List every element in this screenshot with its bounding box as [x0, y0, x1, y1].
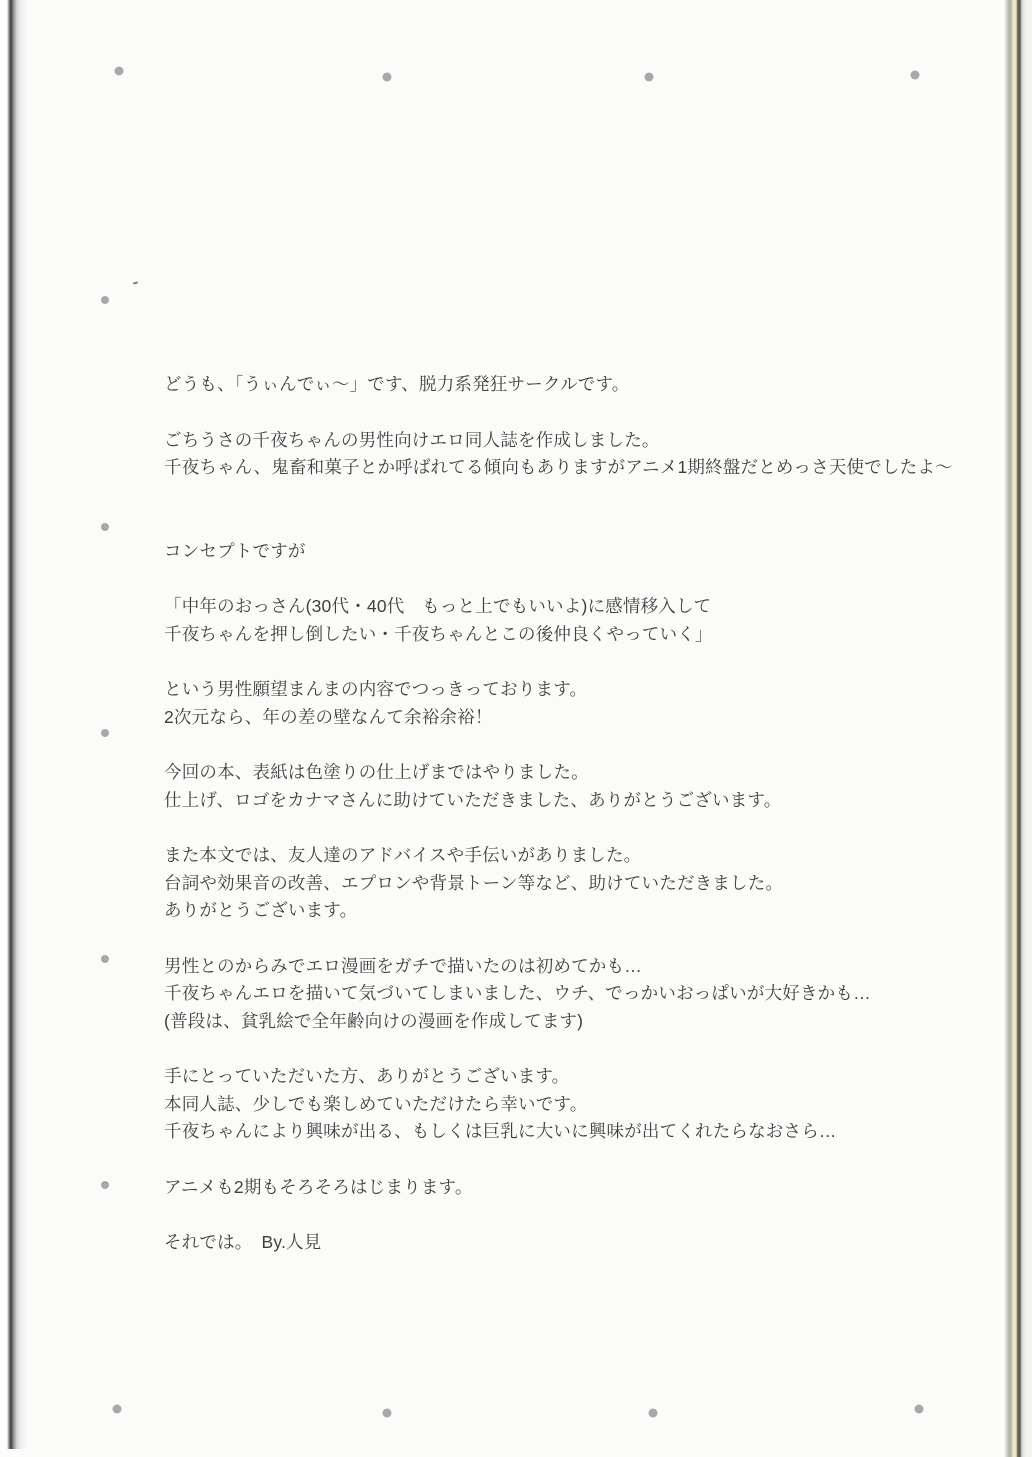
snowflake-icon	[484, 52, 509, 79]
rabbit-icon	[99, 1342, 204, 1442]
flower-cluster-icon	[784, 11, 834, 76]
text-line: ごちうさの千夜ちゃんの男性向けエロ同人誌を作成しました。	[164, 427, 974, 455]
paragraph: コンセプトですが	[164, 538, 974, 566]
rabbit-icon	[101, 4, 206, 104]
text-line: コンセプトですが	[164, 538, 974, 566]
rabbit-icon	[631, 10, 736, 110]
rabbit-icon	[369, 1346, 474, 1446]
snowflake-icon	[220, 52, 245, 79]
text-line: 千夜ちゃんにより興味が出る、もしくは巨乳に大いに興味が出てくれたらなおさら…	[164, 1118, 974, 1146]
paragraph: という男性願望まんまの内容でつっきっております。2次元なら、年の差の壁なんて余裕…	[164, 676, 974, 731]
paragraph: 男性とのからみでエロ漫画をガチで描いたのは初めてかも…千夜ちゃんエロを描いて気づ…	[164, 953, 974, 1036]
book-spine-shadow	[0, 0, 28, 1449]
rabbit-ear-curl-icon	[947, 272, 966, 328]
paragraph: 「中年のおっさん(30代・40代 もっと上でもいいよ)に感情移入して千夜ちゃんを…	[164, 593, 974, 648]
flower-cluster-icon	[258, 1348, 308, 1413]
paragraph: アニメも2期もそろそろはじまります。	[164, 1174, 974, 1202]
text-line: 千夜ちゃんを押し倒したい・千夜ちゃんとこの後仲良くやっていく」	[164, 621, 974, 649]
paragraph: 手にとっていただいた方、ありがとうございます。本同人誌、少しでも楽しめていただけ…	[164, 1063, 974, 1146]
paragraph: どうも、「うぃんでぃ～」です、脱力系発狂サークルです。	[164, 371, 974, 399]
flower-cluster-icon	[258, 9, 308, 74]
text-line: 「中年のおっさん(30代・40代 もっと上でもいいよ)に感情移入して	[164, 593, 974, 621]
text-line: 台詞や効果音の改善、エプロンや背景トーン等など、助けていただきました。	[164, 870, 974, 898]
rabbit-ear-curl-icon	[59, 468, 124, 638]
text-line: 仕上げ、ロゴをカナマさんに助けていただきました、ありがとうございます。	[164, 787, 974, 815]
rabbit-ear-curl-icon	[59, 241, 124, 411]
text-line: また本文では、友人達のアドバイスや手伝いがありました。	[164, 842, 974, 870]
doujin-afterword-page: どうも、「うぃんでぃ～」です、脱力系発狂サークルです。ごちうさの千夜ちゃんの男性…	[0, 0, 1032, 1457]
paragraph: また本文では、友人達のアドバイスや手伝いがありました。台詞や効果音の改善、エプロ…	[164, 842, 974, 925]
text-line: 本同人誌、少しでも楽しめていただけたら幸いです。	[164, 1091, 974, 1119]
afterword-text: どうも、「うぃんでぃ～」です、脱力系発狂サークルです。ごちうさの千夜ちゃんの男性…	[164, 371, 974, 1285]
text-line: 今回の本、表紙は色塗りの仕上げまではやりました。	[164, 759, 974, 787]
page-edge-line	[1004, 0, 1032, 1457]
paragraph: 今回の本、表紙は色塗りの仕上げまではやりました。仕上げ、ロゴをカナマさんに助けて…	[164, 759, 974, 814]
flower-cluster-icon	[524, 8, 574, 73]
rabbit-icon	[635, 1346, 740, 1446]
snowflake-icon	[484, 1378, 509, 1405]
text-line: 男性とのからみでエロ漫画をガチで描いたのは初めてかも…	[164, 953, 974, 981]
rabbit-ear-curl-icon	[59, 900, 124, 1070]
rabbit-ear-curl-icon	[59, 1126, 124, 1296]
flower-cluster-icon	[791, 1351, 841, 1416]
text-line: それでは。 By.人見	[164, 1229, 974, 1257]
rabbit-icon	[901, 1342, 1006, 1442]
paragraph: それでは。 By.人見	[164, 1229, 974, 1257]
rabbit-icon	[897, 8, 1002, 108]
paragraph: ごちうさの千夜ちゃんの男性向けエロ同人誌を作成しました。千夜ちゃん、鬼畜和菓子と…	[164, 427, 974, 482]
rabbit-icon	[369, 10, 474, 110]
text-line: 千夜ちゃんエロを描いて気づいてしまいました、ウチ、でっかいおっぱいが大好きかも…	[164, 980, 974, 1008]
text-line: どうも、「うぃんでぃ～」です、脱力系発狂サークルです。	[164, 371, 974, 399]
text-line: アニメも2期もそろそろはじまります。	[164, 1174, 974, 1202]
text-line: 2次元なら、年の差の壁なんて余裕余裕！	[164, 704, 974, 732]
snowflake-icon	[748, 1378, 773, 1405]
text-line: 千夜ちゃん、鬼畜和菓子とか呼ばれてる傾向もありますがアニメ1期終盤だとめっさ天使…	[164, 454, 974, 482]
snowflake-icon	[748, 50, 773, 77]
text-line: という男性願望まんまの内容でつっきっております。	[164, 676, 974, 704]
flower-cluster-icon	[69, 113, 119, 178]
flower-cluster-icon	[525, 1351, 575, 1416]
text-line: 手にとっていただいた方、ありがとうございます。	[164, 1063, 974, 1091]
text-line: ありがとうございます。	[164, 897, 974, 925]
rabbit-ear-curl-icon	[59, 674, 124, 844]
snowflake-icon	[220, 1378, 245, 1405]
text-line: (普段は、貧乳絵で全年齢向けの漫画を作成してます)	[164, 1008, 974, 1036]
